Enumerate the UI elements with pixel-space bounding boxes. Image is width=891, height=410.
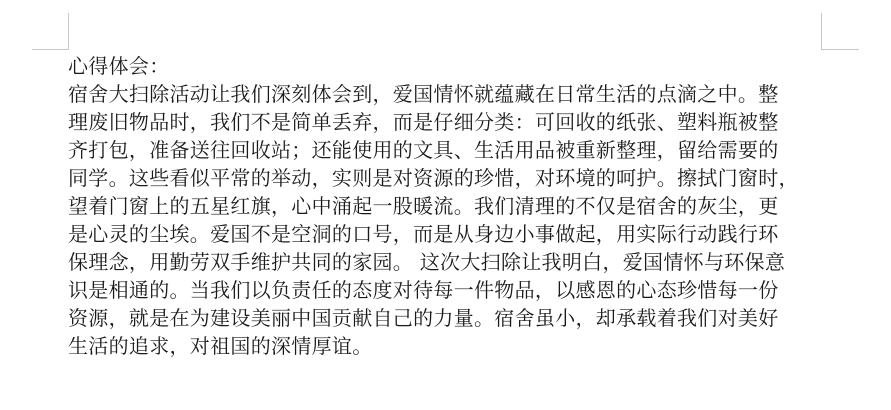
paragraph-line: 理废旧物品时，我们不是简单丢弃，而是仔细分类：可回收的纸张、塑料瓶被整 (68, 108, 838, 136)
paragraph-line: 保理念，用勤劳双手维护共同的家园。 这次大扫除让我明白，爱国情怀与环保意 (68, 248, 838, 276)
margin-corner-top-right (821, 13, 859, 50)
paragraph-line: 同学。这些看似平常的举动，实则是对资源的珍惜，对环境的呵护。擦拭门窗时， (68, 164, 838, 192)
document-body[interactable]: 心得体会： 宿舍大扫除活动让我们深刻体会到，爱国情怀就蕴藏在日常生活的点滴之中。… (68, 52, 838, 360)
paragraph-line: 是心灵的尘埃。爱国不是空洞的口号，而是从身边小事做起，用实际行动践行环 (68, 220, 838, 248)
paragraph-line: 识是相通的。当我们以负责任的态度对待每一件物品，以感恩的心态珍惜每一份 (68, 276, 838, 304)
paragraph-line: 生活的追求，对祖国的深情厚谊。 (68, 332, 838, 360)
margin-corner-top-left (32, 13, 69, 50)
paragraph-line: 宿舍大扫除活动让我们深刻体会到，爱国情怀就蕴藏在日常生活的点滴之中。整 (68, 80, 838, 108)
document-heading: 心得体会： (68, 52, 838, 80)
paragraph-line: 望着门窗上的五星红旗，心中涌起一股暖流。我们清理的不仅是宿舍的灰尘，更 (68, 192, 838, 220)
paragraph-line: 资源，就是在为建设美丽中国贡献自己的力量。宿舍虽小，却承载着我们对美好 (68, 304, 838, 332)
paragraph-line: 齐打包，准备送往回收站；还能使用的文具、生活用品被重新整理，留给需要的 (68, 136, 838, 164)
